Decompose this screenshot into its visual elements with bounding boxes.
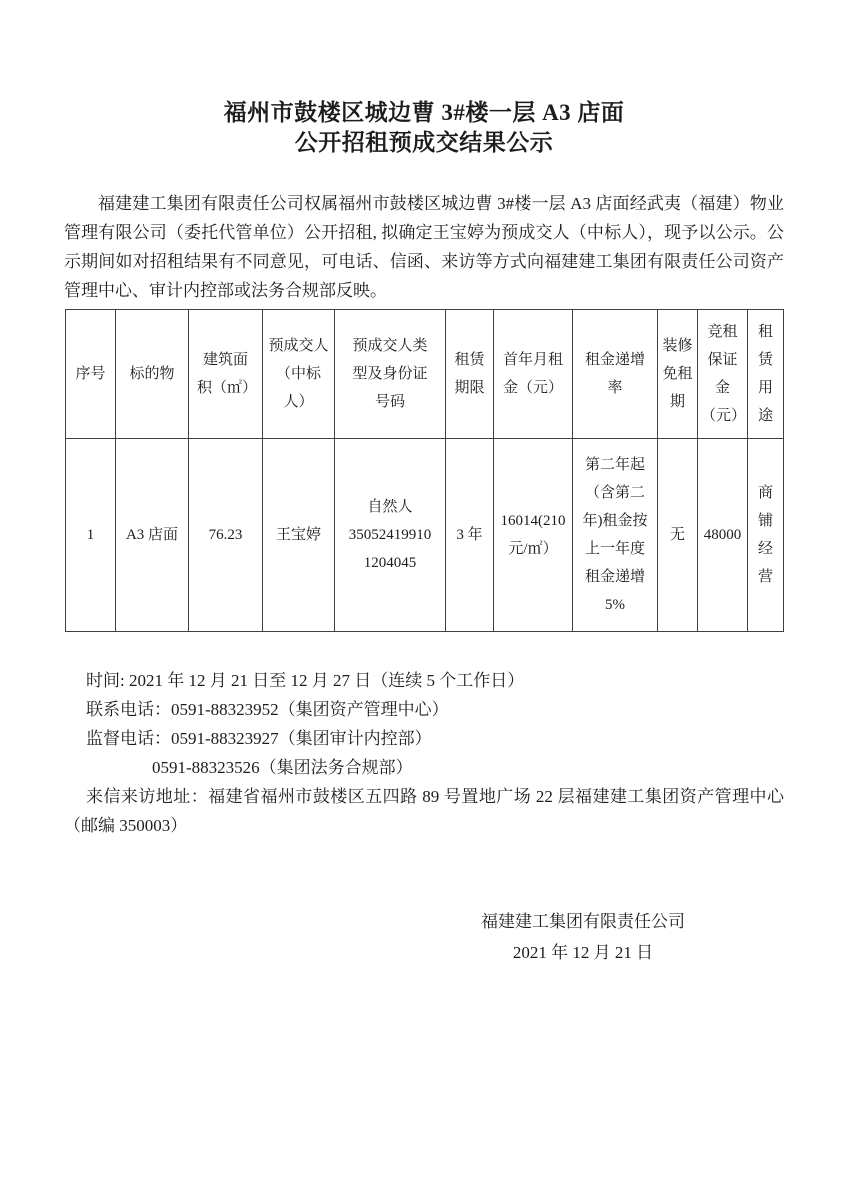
col-header-area: 建筑面积（㎡） xyxy=(189,310,263,439)
col-header-rent-free-period: 装修免租期 xyxy=(658,310,698,439)
intro-paragraph: 福建建工集团有限责任公司权属福州市鼓楼区城边曹 3#楼一层 A3 店面经武夷（福… xyxy=(64,189,784,305)
visit-address-line: 来信来访地址：福建省福州市鼓楼区五四路 89 号置地广场 22 层福建建工集团资… xyxy=(64,782,784,840)
title-line-2: 公开招租预成交结果公示 xyxy=(64,128,784,158)
col-header-subject: 标的物 xyxy=(116,310,189,439)
contact-phone-line: 联系电话：0591-88323952（集团资产管理中心） xyxy=(64,695,784,724)
footer-info: 时间: 2021 年 12 月 21 日至 12 月 27 日（连续 5 个工作… xyxy=(64,666,784,840)
document-page: 福州市鼓楼区城边曹 3#楼一层 A3 店面 公开招租预成交结果公示 福建建工集团… xyxy=(0,0,848,1200)
supervision-phone-line: 监督电话：0591-88323927（集团审计内控部） xyxy=(64,724,784,753)
title-line-1: 福州市鼓楼区城边曹 3#楼一层 A3 店面 xyxy=(64,98,784,128)
page-title: 福州市鼓楼区城边曹 3#楼一层 A3 店面 公开招租预成交结果公示 xyxy=(64,98,784,158)
cell-deposit: 48000 xyxy=(698,439,748,632)
col-header-winner-type-id: 预成交人类型及身份证号码 xyxy=(335,310,446,439)
col-header-lease-term: 租赁期限 xyxy=(446,310,494,439)
cell-area: 76.23 xyxy=(189,439,263,632)
cell-winner-type-id: 自然人 35052419910 1204045 xyxy=(335,439,446,632)
cell-winner: 王宝婷 xyxy=(263,439,335,632)
col-header-rent-increase: 租金递增率 xyxy=(573,310,658,439)
signature-company: 福建建工集团有限责任公司 xyxy=(418,906,748,937)
table-header-row: 序号 标的物 建筑面积（㎡） 预成交人（中标人） 预成交人类型及身份证号码 租赁… xyxy=(66,310,784,439)
cell-rent-free-period: 无 xyxy=(658,439,698,632)
cell-seq: 1 xyxy=(66,439,116,632)
col-header-deposit: 竞租保证金（元） xyxy=(698,310,748,439)
col-header-seq: 序号 xyxy=(66,310,116,439)
cell-lease-use: 商铺经营 xyxy=(748,439,784,632)
table-row: 1 A3 店面 76.23 王宝婷 自然人 35052419910 120404… xyxy=(66,439,784,632)
supervision-phone-line-2: 0591-88323526（集团法务合规部） xyxy=(64,753,784,782)
publicity-time-line: 时间: 2021 年 12 月 21 日至 12 月 27 日（连续 5 个工作… xyxy=(64,666,784,695)
signature-block: 福建建工集团有限责任公司 2021 年 12 月 21 日 xyxy=(418,906,748,968)
cell-rent-increase: 第二年起（含第二年)租金按上一年度租金递增 5% xyxy=(573,439,658,632)
col-header-winner: 预成交人（中标人） xyxy=(263,310,335,439)
col-header-lease-use: 租赁用途 xyxy=(748,310,784,439)
cell-monthly-rent: 16014(210 元/㎡） xyxy=(494,439,573,632)
cell-lease-term: 3 年 xyxy=(446,439,494,632)
cell-subject: A3 店面 xyxy=(116,439,189,632)
result-table: 序号 标的物 建筑面积（㎡） 预成交人（中标人） 预成交人类型及身份证号码 租赁… xyxy=(65,309,784,632)
col-header-monthly-rent: 首年月租金（元） xyxy=(494,310,573,439)
signature-date: 2021 年 12 月 21 日 xyxy=(418,937,748,968)
